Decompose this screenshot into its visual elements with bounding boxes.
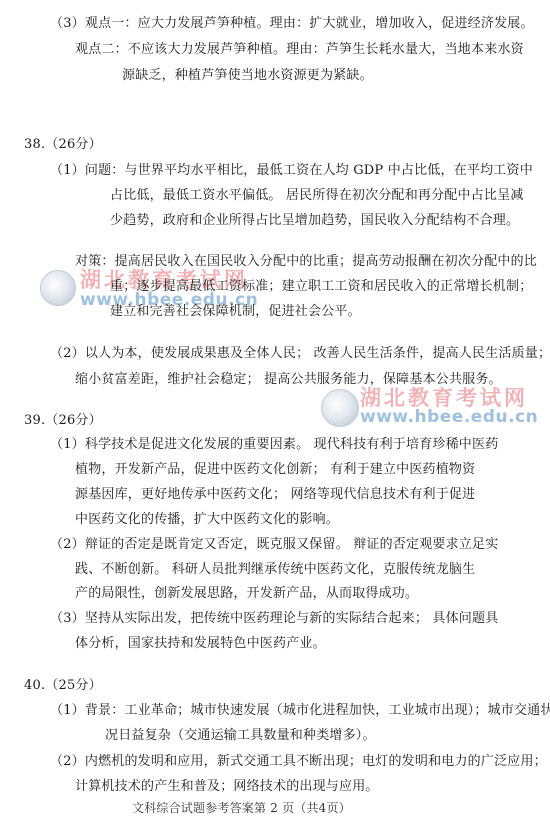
q39-part2-line2: 践、不断创新。 科研人员批判继承传统中医药文化，克服传统龙脑生 — [75, 562, 475, 578]
q38-part1-measure-line2: 重；逐步提高最低工资标准；建立职工工资和居民收入的正常增长机制； — [110, 279, 532, 295]
q38-part1-problem-line3: 少趋势，政府和企业所得占比呈增加趋势，国民收入分配结构不合理。 — [110, 213, 519, 229]
q38-part1-problem-line2: 占比低，最低工资水平偏低。 居民所得在初次分配和再分配中占比呈减 — [110, 188, 524, 204]
q40-part1-line1: （1）背景：工业革命；城市快速发展（城市化进程加快，工业城市出现）；城市交通状 — [50, 703, 550, 719]
q39-part1-line2: 植物，开发新产品，促进中医药文化创新； 有利于建立中医药植物资 — [75, 462, 475, 478]
q37-part3-label: （3） — [50, 16, 85, 31]
q40-part1-line2: 况日益复杂（交通运输工具数量和种类增多）。 — [105, 728, 376, 744]
q38-header: 38.（26分） — [24, 137, 102, 153]
q40-header: 40.（25分） — [24, 678, 102, 694]
q39-part1-line1: （1）科学技术是促进文化发展的重要因素。 现代科技有利于培育珍稀中医药 — [50, 437, 498, 453]
q38-part1-measure-line1: 对策：提高居民收入在国民收入分配中的比重；提高劳动报酬在初次分配中的比 — [75, 254, 537, 270]
q38-part2-line2: 缩小贫富差距，维护社会稳定； 提高公共服务能力，保障基本公共服务。 — [75, 372, 502, 388]
q39-part1-line3: 源基因库，更好地传承中医药文化； 网络等现代信息技术有利于促进 — [75, 487, 475, 503]
q38-problem-text: 问题：与世界平均水平相比，最低工资在人均 GDP 中占比低，在平均工资中 — [85, 163, 533, 178]
q39-part3-line1: （3）坚持从实际出发，把传统中医药理论与新的实际结合起来； 具体问题具 — [50, 611, 498, 627]
q39-part1-line4: 中医药文化的传播，扩大中医药文化的影响。 — [75, 512, 339, 528]
q38-part1-measure-line3: 建立和完善社会保障机制，促进社会公平。 — [110, 304, 361, 320]
q40-part2-line2: 计算机技术的产生和普及；网络技术的出现与应用。 — [75, 779, 379, 795]
q37-part3-view1: （3）观点一：应大力发展芦笋种植。理由：扩大就业，增加收入，促进经济发展。 — [50, 16, 534, 32]
watermark-site-url: www.hbee.edu.cn — [360, 407, 538, 427]
watermark-logo-icon — [40, 270, 76, 306]
q37-view1-text: 观点一：应大力发展芦笋种植。理由：扩大就业，增加收入，促进经济发展。 — [85, 16, 534, 31]
q38-part2-line1: （2）以人为本，使发展成果惠及全体人民； 改善人民生活条件，提高人民生活质量； — [50, 346, 550, 362]
q38-part1-problem-line1: （1）问题：与世界平均水平相比，最低工资在人均 GDP 中占比低，在平均工资中 — [50, 163, 533, 179]
page-footer: 文科综合试题参考答案第 2 页（共4页） — [132, 800, 351, 816]
q39-part2-line3: 产的局限性，创新发展思路，开发新产品，从而取得成功。 — [75, 586, 418, 602]
q39-header: 39.（26分） — [24, 413, 102, 429]
q40-part2-line1: （2）内燃机的发明和应用，新式交通工具不断出现；电灯的发明和电力的广泛应用； — [50, 754, 547, 770]
q39-part2-line1: （2）辩证的否定是既肯定又否定，既克服又保留。 辩证的否定观要求立足实 — [50, 537, 498, 553]
q37-part3-view2-line1: 观点二：不应该大力发展芦笋种植。理由：芦笋生长耗水量大，当地本来水资 — [75, 42, 524, 58]
q37-part3-view2-line2: 源缺乏，种植芦笋使当地水资源更为紧缺。 — [122, 68, 373, 84]
q38-part1-label: （1） — [50, 163, 85, 178]
watermark-logo-icon — [321, 389, 359, 427]
q39-part3-line2: 体分析，国家扶持和发展特色中医药产业。 — [75, 636, 326, 652]
